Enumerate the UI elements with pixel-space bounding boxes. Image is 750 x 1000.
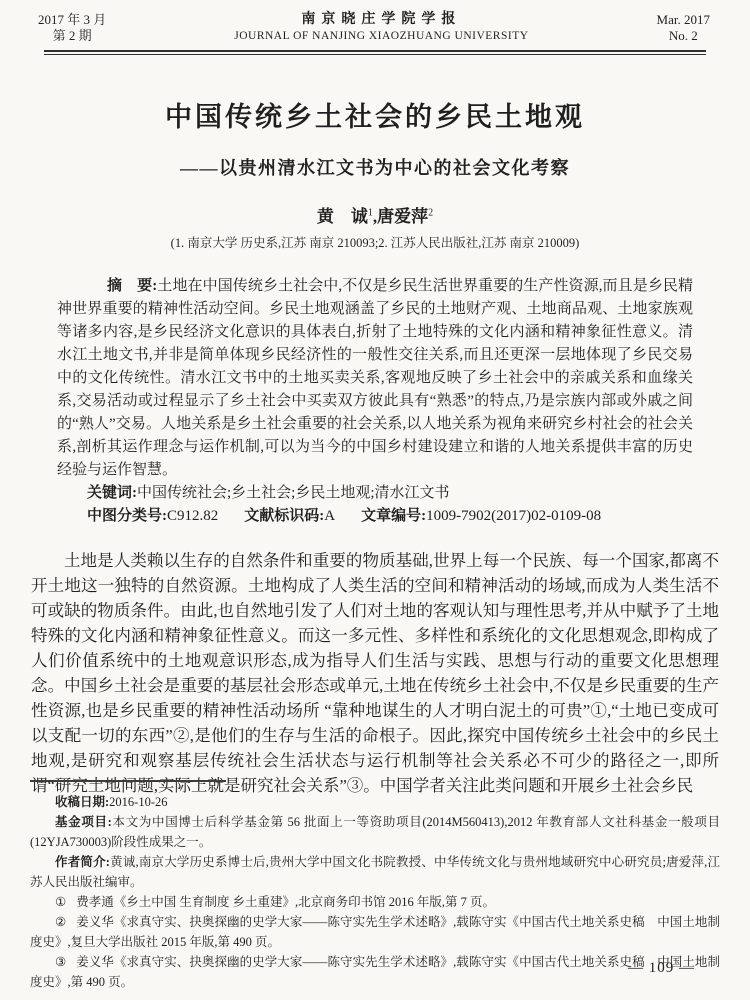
doc-code-segment: 文献标识码:A — [244, 508, 335, 524]
keywords-line: 关键词:中国传统社会;乡土社会;乡民土地观;清水江文书 — [57, 482, 693, 505]
masthead-center: 南京晓庄学院学报 JOURNAL OF NANJING XIAOZHUANG U… — [106, 12, 656, 44]
author-2-affil-mark: 2 — [428, 207, 433, 218]
clc-label: 中图分类号: — [87, 508, 167, 524]
fund-project-line: 基金项目:本文为中国博士后科学基金第 56 批面上一等资助项目(2014M560… — [30, 812, 720, 852]
abstract-label: 摘 要: — [107, 278, 157, 294]
footnote-1: ①费孝通《乡土中国 生育制度 乡土重建》,北京商务印书馆 2016 年版,第 7… — [30, 892, 720, 912]
doc-code-label: 文献标识码: — [244, 508, 324, 524]
footnote-area: 收稿日期:2016-10-26 基金项目:本文为中国博士后科学基金第 56 批面… — [30, 780, 720, 992]
fund-project-text: 本文为中国博士后科学基金第 56 批面上一等资助项目(2014M560413),… — [30, 815, 720, 849]
footnote-1-text: 费孝通《乡土中国 生育制度 乡土重建》,北京商务印书馆 2016 年版,第 7 … — [76, 895, 495, 909]
masthead-divider — [44, 50, 706, 55]
masthead: 2017 年 3 月 第 2 期 南京晓庄学院学报 JOURNAL OF NAN… — [0, 0, 750, 44]
received-date-label: 收稿日期: — [55, 795, 109, 809]
received-date-value: 2016-10-26 — [109, 795, 167, 809]
journal-page: 2017 年 3 月 第 2 期 南京晓庄学院学报 JOURNAL OF NAN… — [0, 0, 750, 1000]
journal-title-en: JOURNAL OF NANJING XIAOZHUANG UNIVERSITY — [106, 28, 656, 44]
footnote-1-marker: ① — [55, 895, 66, 909]
author-bio-text: 黄诚,南京大学历史系博士后,贵州大学中国文化书院教授、中华传统文化与贵州地域研究… — [30, 855, 720, 889]
abstract-block: 摘 要:土地在中国传统乡土社会中,不仅是乡民生活世界重要的生产性资源,而且是乡民… — [57, 275, 693, 528]
classification-line: 中图分类号:C912.82文献标识码:A文章编号:1009-7902(2017)… — [57, 505, 693, 528]
article-title: 中国传统乡土社会的乡民土地观 — [0, 95, 750, 134]
issue-number-zh: 第 2 期 — [38, 28, 106, 44]
received-date-line: 收稿日期:2016-10-26 — [30, 792, 720, 812]
article-subtitle: ——以贵州清水江文书为中心的社会文化考察 — [0, 154, 750, 180]
author-bio-line: 作者简介:黄诚,南京大学历史系博士后,贵州大学中国文化书院教授、中华传统文化与贵… — [30, 852, 720, 892]
affiliation-line: (1. 南京大学 历史系,江苏 南京 210093;2. 江苏人民出版社,江苏 … — [0, 233, 750, 251]
fund-project-label: 基金项目: — [55, 815, 112, 829]
footnote-3: ③姜义华《求真守实、抉奥探幽的史学大家——陈守实先生学术述略》,载陈守实《中国古… — [30, 952, 720, 992]
author-1-name: 黄 诚 — [317, 207, 368, 226]
footnote-divider — [30, 780, 226, 782]
author-bio-label: 作者简介: — [55, 855, 110, 869]
journal-title-zh: 南京晓庄学院学报 — [106, 12, 656, 28]
keywords-text: 中国传统社会;乡土社会;乡民土地观;清水江文书 — [137, 485, 450, 501]
clc-segment: 中图分类号:C912.82 — [87, 508, 218, 524]
footnote-2-text: 姜义华《求真守实、抉奥探幽的史学大家——陈守实先生学术述略》,载陈守实《中国古代… — [30, 915, 720, 949]
article-id-segment: 文章编号:1009-7902(2017)02-0109-08 — [361, 508, 601, 524]
keywords-label: 关键词: — [87, 485, 137, 501]
masthead-left: 2017 年 3 月 第 2 期 — [38, 12, 106, 44]
footnote-2-marker: ② — [55, 915, 66, 929]
issue-date-en: Mar. 2017 — [657, 12, 710, 28]
body-paragraph: 土地是人类赖以生存的自然条件和重要的物质基础,世界上每一个民族、每一个国家,都离… — [31, 548, 719, 798]
doc-code-value: A — [324, 508, 335, 524]
masthead-right: Mar. 2017 No. 2 — [657, 12, 710, 44]
abstract-text: 土地在中国传统乡土社会中,不仅是乡民生活世界重要的生产性资源,而且是乡民精神世界… — [57, 278, 693, 478]
issue-number-en: No. 2 — [657, 28, 710, 44]
issue-date-zh: 2017 年 3 月 — [38, 12, 106, 28]
article-id-value: 1009-7902(2017)02-0109-08 — [426, 508, 601, 524]
article-id-label: 文章编号: — [361, 508, 426, 524]
footnote-3-marker: ③ — [55, 955, 66, 969]
page-number: — 109 — — [628, 960, 695, 977]
footnote-2: ②姜义华《求真守实、抉奥探幽的史学大家——陈守实先生学术述略》,载陈守实《中国古… — [30, 912, 720, 952]
clc-value: C912.82 — [167, 508, 218, 524]
author-2-name: ,唐爱萍 — [373, 207, 428, 226]
abstract-paragraph: 摘 要:土地在中国传统乡土社会中,不仅是乡民生活世界重要的生产性资源,而且是乡民… — [57, 275, 693, 482]
footnote-3-text: 姜义华《求真守实、抉奥探幽的史学大家——陈守实先生学术述略》,载陈守实《中国古代… — [30, 955, 720, 989]
author-line: 黄 诚1,唐爱萍2 — [0, 202, 750, 227]
